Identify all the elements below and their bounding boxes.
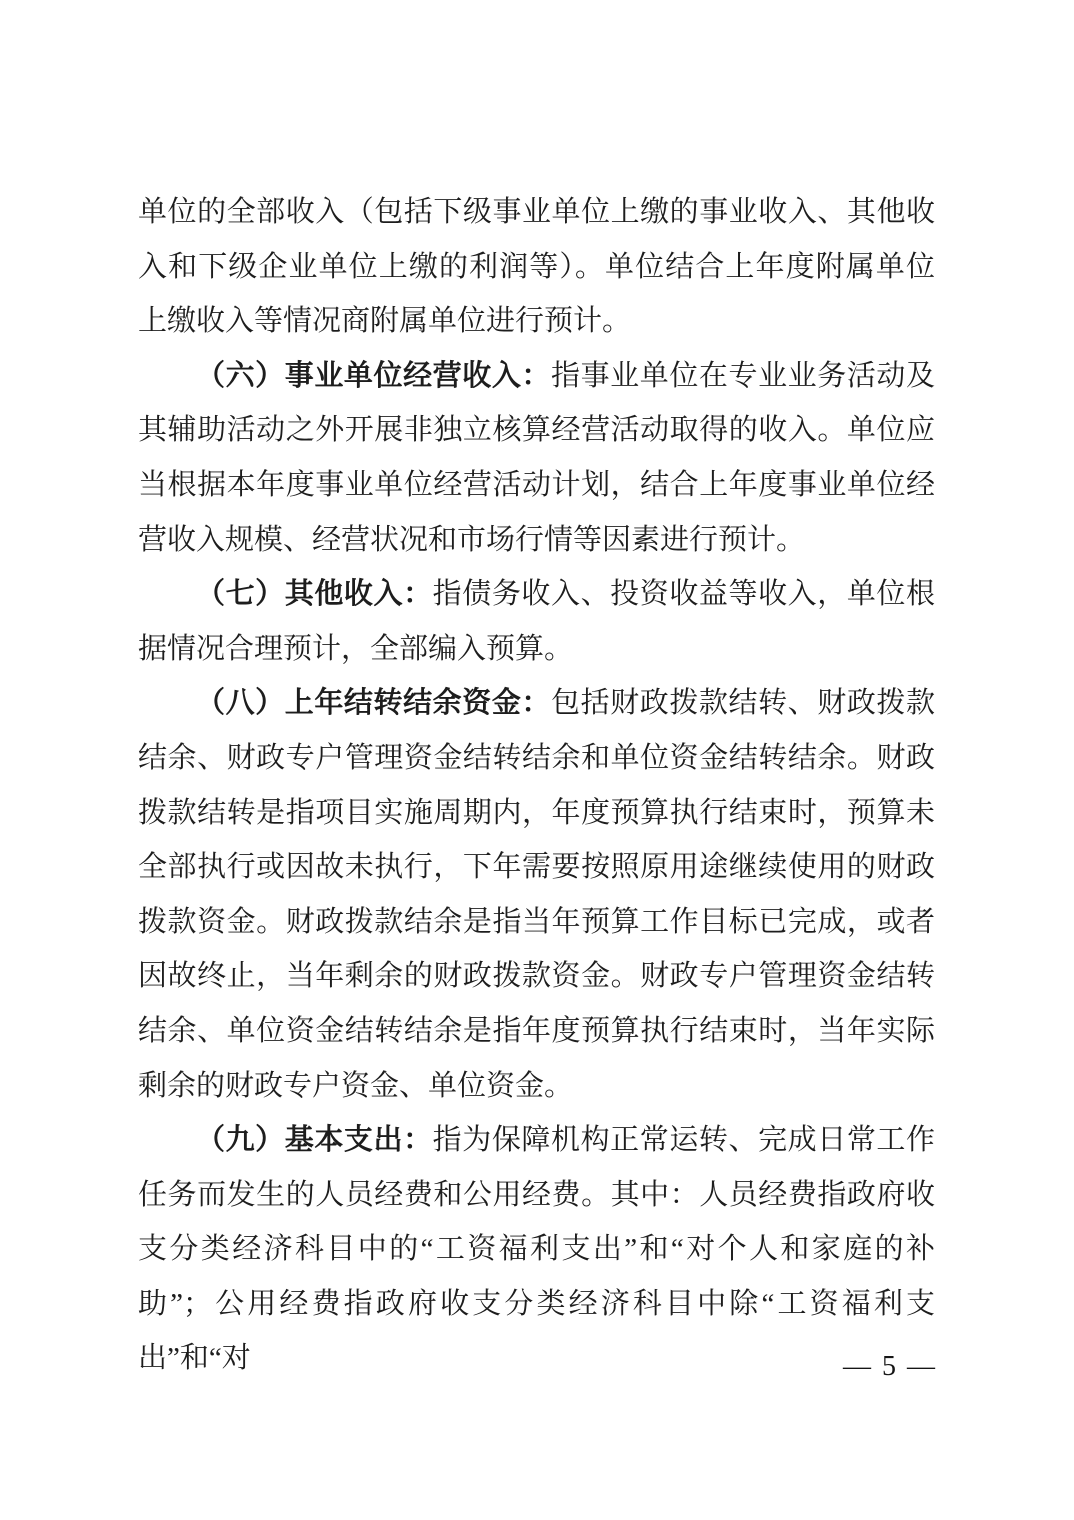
document-body: 单位的全部收入（包括下级事业单位上缴的事业收入、其他收入和下级企业单位上缴的利润… xyxy=(138,185,935,1386)
paragraph-heading: （六）事业单位经营收入： xyxy=(196,360,551,392)
paragraph-item-7: （七）其他收入：指债务收入、投资收益等收入，单位根据情况合理预计，全部编入预算。 xyxy=(138,567,935,676)
paragraph-continuation: 单位的全部收入（包括下级事业单位上缴的事业收入、其他收入和下级企业单位上缴的利润… xyxy=(138,185,935,349)
paragraph-heading: （七）其他收入： xyxy=(196,578,433,610)
paragraph-heading: （八）上年结转结余资金： xyxy=(196,687,551,719)
paragraph-item-9: （九）基本支出：指为保障机构正常运转、完成日常工作任务而发生的人员经费和公用经费… xyxy=(138,1113,935,1386)
paragraph-item-6: （六）事业单位经营收入：指事业单位在专业业务活动及其辅助活动之外开展非独立核算经… xyxy=(138,349,935,567)
paragraph-heading: （九）基本支出： xyxy=(196,1124,433,1156)
paragraph-item-8: （八）上年结转结余资金：包括财政拨款结转、财政拨款结余、财政专户管理资金结转结余… xyxy=(138,676,935,1113)
page-number: — 5 — xyxy=(843,1350,937,1384)
paragraph-text: 包括财政拨款结转、财政拨款结余、财政专户管理资金结转结余和单位资金结转结余。财政… xyxy=(138,687,935,1101)
document-page: 单位的全部收入（包括下级事业单位上缴的事业收入、其他收入和下级企业单位上缴的利润… xyxy=(0,0,1074,1520)
paragraph-text: 单位的全部收入（包括下级事业单位上缴的事业收入、其他收入和下级企业单位上缴的利润… xyxy=(138,196,935,337)
paragraph-text: 指为保障机构正常运转、完成日常工作任务而发生的人员经费和公用经费。其中：人员经费… xyxy=(138,1124,935,1374)
page-number-label: — 5 — xyxy=(843,1351,937,1382)
